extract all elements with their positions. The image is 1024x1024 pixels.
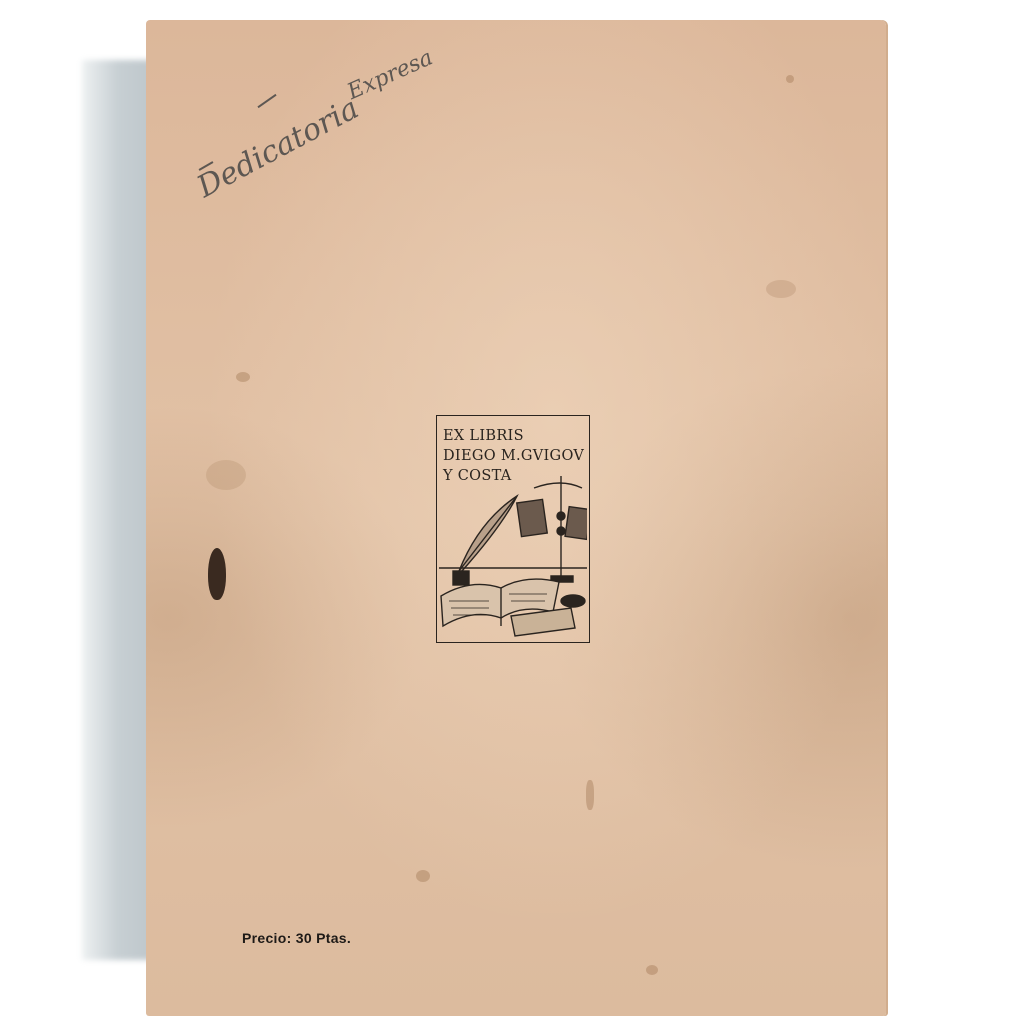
- pen-mark: [257, 94, 276, 108]
- stain: [236, 372, 250, 382]
- stain: [586, 780, 594, 810]
- stain: [766, 280, 796, 298]
- book-back-cover: Dedicatoria Expresa EX LIBRIS DIEGO M.GV…: [146, 20, 886, 1016]
- stain: [416, 870, 430, 882]
- stain: [646, 965, 658, 975]
- handwritten-note-dedicatoria: Dedicatoria: [192, 91, 365, 205]
- ex-libris-bookplate: EX LIBRIS DIEGO M.GVIGOV Y COSTA: [436, 415, 590, 643]
- bookplate-illustration-icon: [439, 476, 587, 638]
- stain: [786, 75, 794, 83]
- price-label: Precio: 30 Ptas.: [242, 930, 351, 946]
- stain: [206, 460, 246, 490]
- bookplate-line-1: EX LIBRIS: [443, 426, 584, 446]
- handwritten-note-expresa: Expresa: [344, 45, 437, 105]
- bookplate-line-2: DIEGO M.GVIGOV: [443, 446, 584, 466]
- ink-blot: [208, 548, 226, 600]
